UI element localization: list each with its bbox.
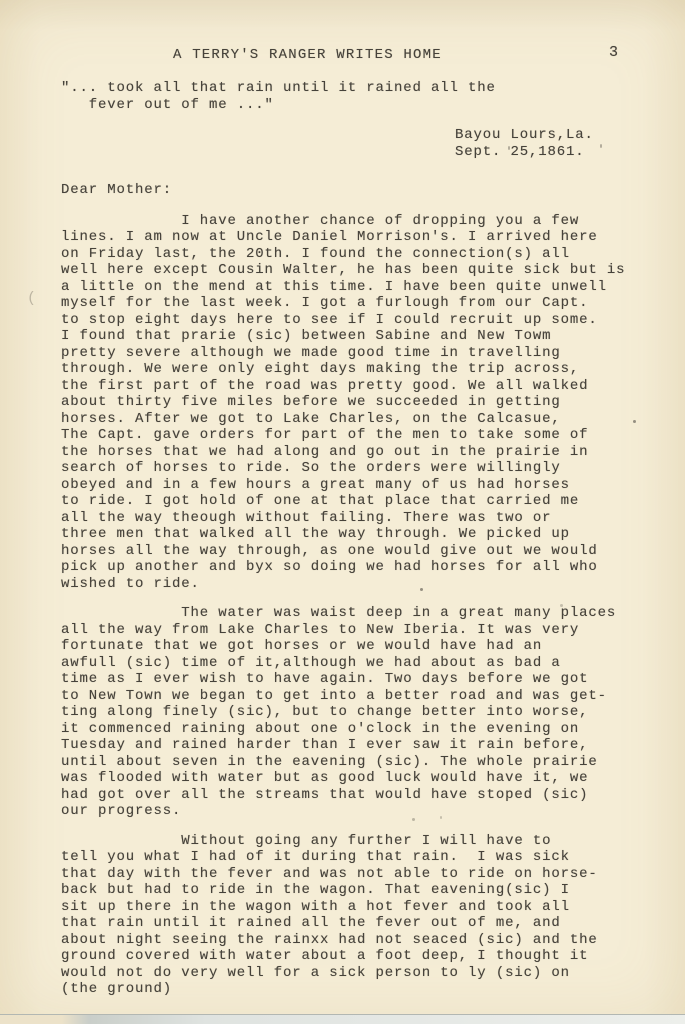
salutation: Dear Mother: <box>61 182 661 199</box>
page-content: A TERRY'S RANGER WRITES HOME 3 "... took… <box>61 0 661 998</box>
typewritten-line: all the way theough without failing. The… <box>61 510 661 527</box>
ink-speck <box>412 818 415 821</box>
typewritten-line: The Capt. gave orders for part of the me… <box>61 427 661 444</box>
ink-speck <box>633 420 636 423</box>
typewritten-line: to New Town we began to get into a bette… <box>61 688 661 705</box>
ink-speck <box>420 588 423 591</box>
typewritten-line: Tuesday and rained harder than I ever sa… <box>61 737 661 754</box>
typewritten-line: until about seven in the eavening (sic).… <box>61 754 661 771</box>
typewritten-line: was flooded with water but as good luck … <box>61 770 661 787</box>
page-title: A TERRY'S RANGER WRITES HOME <box>173 47 442 64</box>
typewritten-line: all the way from Lake Charles to New Ibe… <box>61 622 661 639</box>
dateline: Bayou Lours,La.Sept. 25,1861. <box>455 127 661 160</box>
typewritten-line: the first part of the road was pretty go… <box>61 378 661 395</box>
ink-speck <box>560 604 563 607</box>
scanned-letter-page: A TERRY'S RANGER WRITES HOME 3 "... took… <box>0 0 685 1024</box>
typewritten-line: awfull (sic) time of it,although we had … <box>61 655 661 672</box>
typewritten-line: ting along finely (sic), but to change b… <box>61 704 661 721</box>
typewritten-line: obeyed and in a few hours a great many o… <box>61 477 661 494</box>
ink-speck <box>440 816 442 819</box>
typewritten-line: fortunate that we got horses or we would… <box>61 638 661 655</box>
typewritten-line: Sept. 25,1861. <box>455 144 661 161</box>
typewritten-line: on Friday last, the 20th. I found the co… <box>61 246 661 263</box>
ink-speck <box>600 144 602 148</box>
typewritten-line: pick up another and byx so doing we had … <box>61 559 661 576</box>
page-header: A TERRY'S RANGER WRITES HOME 3 <box>61 45 661 62</box>
typewritten-line: search of horses to ride. So the orders … <box>61 460 661 477</box>
typewritten-line: horses. After we got to Lake Charles, on… <box>61 411 661 428</box>
typewritten-line: lines. I am now at Uncle Daniel Morrison… <box>61 229 661 246</box>
typewritten-line: pretty severe although we made good time… <box>61 345 661 362</box>
typewritten-line: (the ground) <box>61 981 661 998</box>
letter-paragraph: I have another chance of dropping you a … <box>61 213 661 593</box>
letter-paragraph: The water was waist deep in a great many… <box>61 605 661 820</box>
typewritten-line: to stop eight days here to see if I coul… <box>61 312 661 329</box>
typewritten-line: Bayou Lours,La. <box>455 127 661 144</box>
typewritten-line: to ride. I got hold of one at that place… <box>61 493 661 510</box>
typewritten-line: that day with the fever and was not able… <box>61 866 661 883</box>
typewritten-line: well here except Cousin Walter, he has b… <box>61 262 661 279</box>
typewritten-line: ground covered with water about a foot d… <box>61 948 661 965</box>
typewritten-line: The water was waist deep in a great many… <box>61 605 661 622</box>
typewritten-line: Without going any further I will have to <box>61 833 661 850</box>
typewritten-line: sit up there in the wagon with a hot fev… <box>61 899 661 916</box>
typewritten-line: would not do very well for a sick person… <box>61 965 661 982</box>
ink-speck <box>508 146 510 150</box>
typewritten-line: fever out of me ..." <box>61 97 661 114</box>
epigraph-quote: "... took all that rain until it rained … <box>61 80 661 113</box>
typewritten-line: time as I ever wish to have again. Two d… <box>61 671 661 688</box>
typewritten-line: wished to ride. <box>61 576 661 593</box>
typewritten-line: "... took all that rain until it rained … <box>61 80 661 97</box>
typewritten-line: I have another chance of dropping you a … <box>61 213 661 230</box>
typewritten-line: about night seeing the rainxx had not se… <box>61 932 661 949</box>
typewritten-line: about thirty five miles before we succee… <box>61 394 661 411</box>
scan-bottom-edge <box>0 1014 685 1024</box>
stray-ink-mark: ( <box>27 290 36 307</box>
typewritten-line: back but had to ride in the wagon. That … <box>61 882 661 899</box>
letter-paragraph: Without going any further I will have to… <box>61 833 661 998</box>
typewritten-line: horses all the way through, as one would… <box>61 543 661 560</box>
typewritten-line: myself for the last week. I got a furlou… <box>61 295 661 312</box>
typewritten-line: three men that walked all the way throug… <box>61 526 661 543</box>
typewritten-line: through. We were only eight days making … <box>61 361 661 378</box>
typewritten-line: it commenced raining about one o'clock i… <box>61 721 661 738</box>
typewritten-line: the horses that we had along and go out … <box>61 444 661 461</box>
typewritten-line: a little on the mend at this time. I hav… <box>61 279 661 296</box>
page-number: 3 <box>609 45 618 62</box>
typewritten-line: that rain until it rained all the fever … <box>61 915 661 932</box>
typewritten-line: had got over all the streams that would … <box>61 787 661 804</box>
typewritten-line: our progress. <box>61 803 661 820</box>
typewritten-line: I found that prarie (sic) between Sabine… <box>61 328 661 345</box>
typewritten-line: tell you what I had of it during that ra… <box>61 849 661 866</box>
